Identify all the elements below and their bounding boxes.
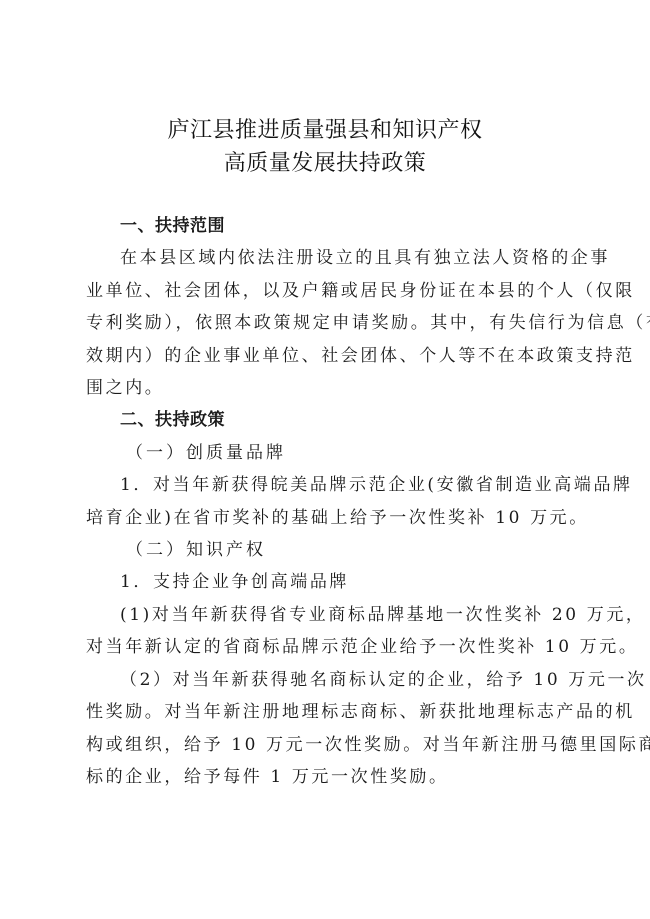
- item-line: 标的企业，给予每件 1 万元一次性奖励。: [86, 761, 564, 793]
- item-line: (1)对当年新获得省专业商标品牌基地一次性奖补 20 万元，: [86, 599, 564, 631]
- section-heading-scope: 一、扶持范围: [86, 210, 564, 242]
- ip-item-1-1: (1)对当年新获得省专业商标品牌基地一次性奖补 20 万元， 对当年新认定的省商…: [86, 599, 564, 664]
- document-title-line-1: 庐江县推进质量强县和知识产权: [0, 114, 650, 147]
- item-line: 培育企业)在省市奖补的基础上给予一次性奖补 10 万元。: [86, 502, 564, 534]
- subsection-heading-quality-brand: （一）创质量品牌: [86, 437, 564, 469]
- item-line: 构或组织，给予 10 万元一次性奖励。对当年新注册马德里国际商: [86, 729, 564, 761]
- subsection-heading-ip: （二）知识产权: [86, 534, 564, 566]
- paragraph-line: 围之内。: [86, 372, 564, 404]
- document-page: 庐江县推进质量强县和知识产权 高质量发展扶持政策 一、扶持范围 在本县区域内依法…: [0, 0, 650, 919]
- document-title-line-2: 高质量发展扶持政策: [0, 147, 650, 180]
- paragraph-line: 专利奖励），依照本政策规定申请奖励。其中，有失信行为信息（有: [86, 307, 564, 339]
- section-heading-policy: 二、扶持政策: [86, 404, 564, 436]
- document-body: 一、扶持范围 在本县区域内依法注册设立的且具有独立法人资格的企事 业单位、社会团…: [86, 210, 564, 793]
- ip-item-1: 1．支持企业争创高端品牌: [86, 566, 564, 598]
- quality-brand-item-1: 1．对当年新获得皖美品牌示范企业(安徽省制造业高端品牌 培育企业)在省市奖补的基…: [86, 469, 564, 534]
- item-line: 对当年新认定的省商标品牌示范企业给予一次性奖补 10 万元。: [86, 631, 564, 663]
- paragraph-line: 在本县区域内依法注册设立的且具有独立法人资格的企事: [86, 242, 564, 274]
- paragraph-line: 效期内）的企业事业单位、社会团体、个人等不在本政策支持范: [86, 340, 564, 372]
- item-line: 1．支持企业争创高端品牌: [86, 566, 564, 598]
- item-line: （2）对当年新获得驰名商标认定的企业，给予 10 万元一次: [86, 664, 564, 696]
- scope-paragraph: 在本县区域内依法注册设立的且具有独立法人资格的企事 业单位、社会团体，以及户籍或…: [86, 242, 564, 404]
- item-line: 1．对当年新获得皖美品牌示范企业(安徽省制造业高端品牌: [86, 469, 564, 501]
- item-line: 性奖励。对当年新注册地理标志商标、新获批地理标志产品的机: [86, 696, 564, 728]
- paragraph-line: 业单位、社会团体，以及户籍或居民身份证在本县的个人（仅限: [86, 275, 564, 307]
- ip-item-1-2: （2）对当年新获得驰名商标认定的企业，给予 10 万元一次 性奖励。对当年新注册…: [86, 664, 564, 794]
